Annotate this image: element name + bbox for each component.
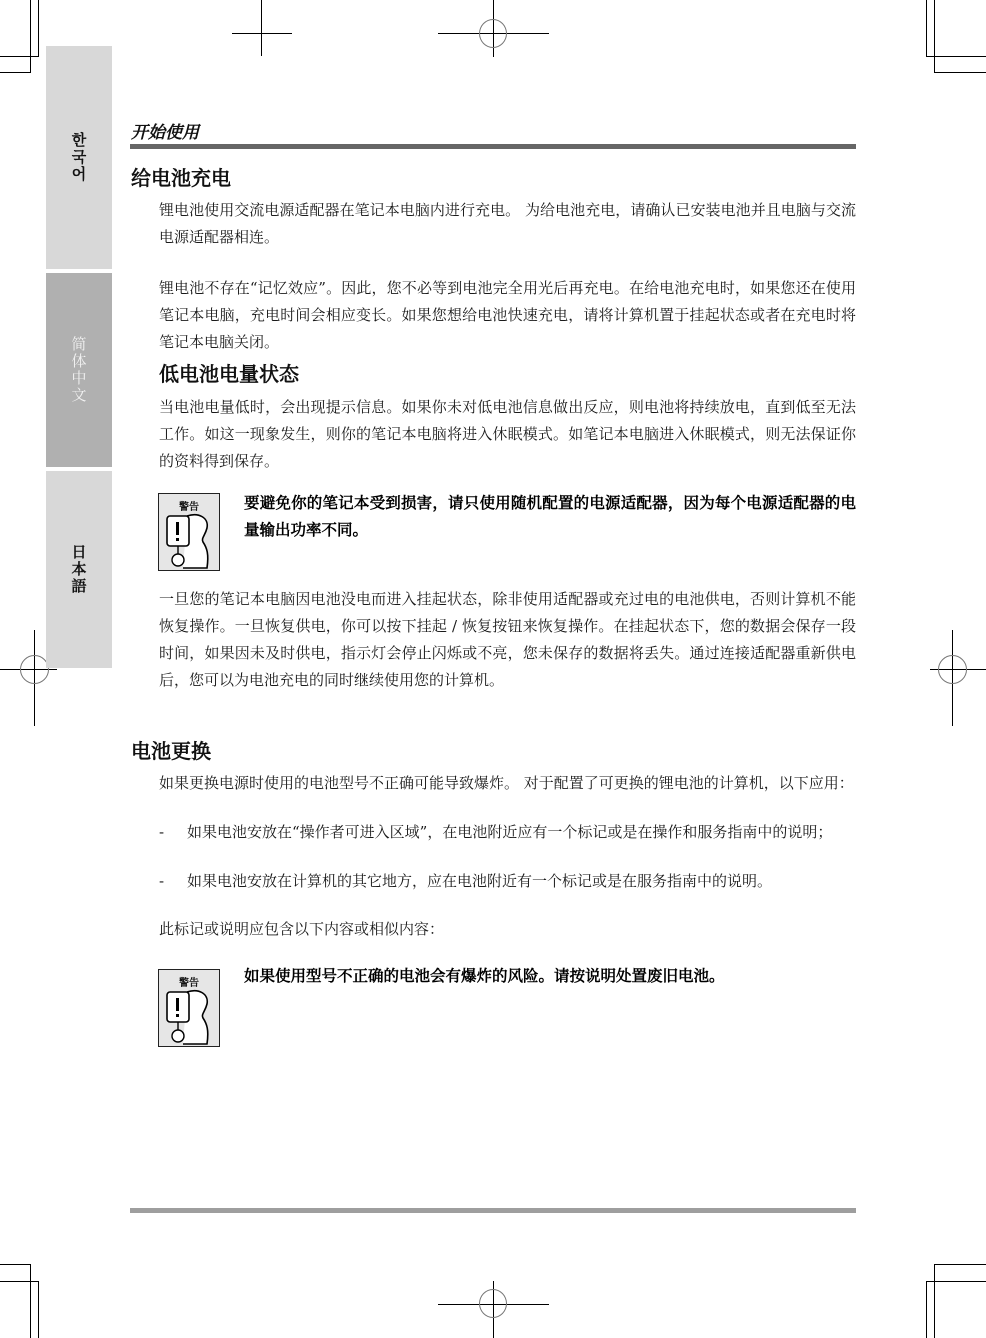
bullet-dash: -	[159, 819, 164, 846]
paragraph: 此标记或说明应包含以下内容或相似内容：	[159, 916, 856, 943]
header-rule	[130, 144, 856, 149]
bullet-dash: -	[159, 868, 164, 895]
section-title-low-battery: 低电池电量状态	[159, 358, 299, 387]
warning-icon: 警告	[158, 969, 220, 1047]
tab-label: 简体中文	[69, 336, 90, 404]
paragraph: 锂电池不存在“记忆效应”。因此，您不必等到电池完全用光后再充电。在给电池充电时，…	[159, 275, 856, 356]
running-title: 开始使用	[131, 118, 199, 143]
bullet-text: 如果电池安放在“操作者可进入区域”，在电池附近应有一个标记或是在操作和服务指南中…	[187, 819, 856, 846]
warning-text: 如果使用型号不正确的电池会有爆炸的风险。请按说明处置废旧电池。	[244, 962, 856, 989]
tab-simplified-chinese[interactable]: 简体中文	[46, 273, 112, 467]
paragraph: 一旦您的笔记本电脑因电池没电而进入挂起状态，除非使用适配器或充过电的电池供电，否…	[159, 586, 856, 694]
paragraph: 锂电池使用交流电源适配器在笔记本电脑内进行充电。 为给电池充电，请确认已安装电池…	[159, 197, 856, 251]
paragraph: 当电池电量低时，会出现提示信息。如果你未对低电池信息做出反应，则电池将持续放电，…	[159, 394, 856, 475]
tab-label: 한국어	[69, 132, 90, 183]
footer-rule	[130, 1208, 856, 1213]
tab-korean[interactable]: 한국어	[46, 46, 112, 269]
list-item: - 如果电池安放在“操作者可进入区域”，在电池附近应有一个标记或是在操作和服务指…	[159, 819, 856, 846]
exclamation-person-icon	[159, 986, 219, 1046]
warning-text: 要避免你的笔记本受到损害，请只使用随机配置的电源适配器，因为每个电源适配器的电量…	[244, 489, 856, 543]
section-title-replacement: 电池更换	[131, 735, 211, 764]
tab-label: 日本語	[69, 544, 90, 595]
section-title-charging: 给电池充电	[131, 162, 231, 191]
warning-icon: 警告	[158, 493, 220, 571]
list-item: - 如果电池安放在计算机的其它地方，应在电池附近有一个标记或是在服务指南中的说明…	[159, 868, 856, 895]
bullet-text: 如果电池安放在计算机的其它地方，应在电池附近有一个标记或是在服务指南中的说明。	[187, 868, 856, 895]
paragraph: 如果更换电源时使用的电池型号不正确可能导致爆炸。 对于配置了可更换的锂电池的计算…	[159, 770, 856, 797]
tab-japanese[interactable]: 日本語	[46, 471, 112, 668]
exclamation-person-icon	[159, 510, 219, 570]
